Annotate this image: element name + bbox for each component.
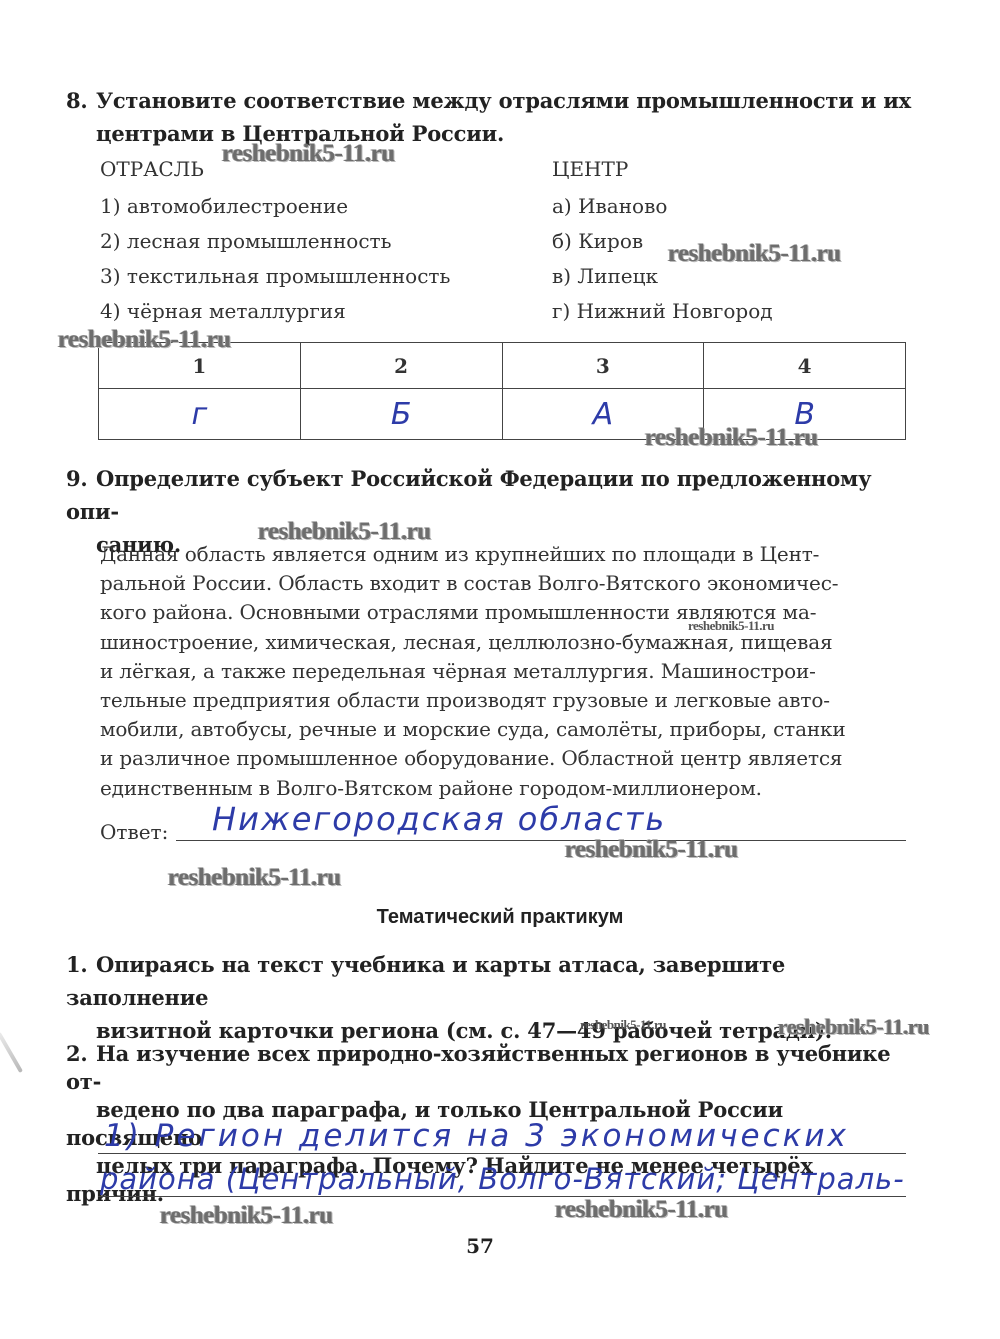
watermark: reshebnik5-11.ru: [580, 1017, 666, 1033]
watermark: reshebnik5-11.ru: [258, 518, 431, 546]
description-line: и лёгкая, а также передельная чёрная мет…: [100, 657, 906, 686]
description-line: шиностроение, химическая, лесная, целлюл…: [100, 628, 906, 657]
industry-item: 3) текстильная промышленность: [100, 259, 450, 294]
answer-cell[interactable]: г: [99, 389, 301, 440]
watermark: reshebnik5-11.ru: [168, 864, 341, 892]
answer-table-header-cell: 3: [502, 343, 704, 389]
description-line: тельные предприятия области производят г…: [100, 686, 906, 715]
description-line: и различное промышленное оборудование. О…: [100, 744, 906, 773]
task9-question-line1: Определите субъект Российской Федерации …: [66, 466, 871, 524]
description-line: единственным в Волго-Вятском районе горо…: [100, 774, 906, 803]
description-line: кого района. Основными отраслями промышл…: [100, 598, 906, 627]
page-number: 57: [0, 1234, 960, 1258]
answer-line: [98, 1196, 906, 1197]
practicum-task2-number: 2.: [66, 1040, 96, 1068]
practicum-task2-line1: На изучение всех природно-хозяйственных …: [66, 1041, 890, 1094]
center-item: а) Иваново: [552, 189, 773, 224]
description-line: мобили, автобусы, речные и морские суда,…: [100, 715, 906, 744]
task9-number: 9.: [66, 462, 96, 495]
scan-mark: [0, 1032, 23, 1073]
industry-item: 4) чёрная металлургия: [100, 294, 450, 329]
answer-table-header-cell: 2: [300, 343, 502, 389]
industry-item: 1) автомобилестроение: [100, 189, 450, 224]
practicum-task2-answer-line1[interactable]: 1) Регион делится на 3 экономических: [104, 1118, 849, 1154]
watermark: reshebnik5-11.ru: [222, 140, 395, 168]
answer-label: Ответ:: [100, 818, 168, 847]
description-line: ральной России. Область входит в состав …: [100, 569, 906, 598]
watermark: reshebnik5-11.ru: [58, 326, 231, 354]
task8-number: 8.: [66, 84, 96, 117]
watermark: reshebnik5-11.ru: [778, 1014, 929, 1040]
answer-cell[interactable]: Б: [300, 389, 502, 440]
answer-line: [98, 1153, 906, 1154]
watermark: reshebnik5-11.ru: [668, 240, 841, 268]
watermark: reshebnik5-11.ru: [565, 836, 738, 864]
answer-line: [176, 840, 906, 841]
center-item: г) Нижний Новгород: [552, 294, 773, 329]
answer-table-header-cell: 4: [704, 343, 906, 389]
industry-item: 2) лесная промышленность: [100, 224, 450, 259]
task9-answer[interactable]: Нижегородская область: [212, 800, 666, 838]
watermark: reshebnik5-11.ru: [555, 1196, 728, 1224]
watermark: reshebnik5-11.ru: [160, 1202, 333, 1230]
task9-description: Данная область является одним из крупней…: [100, 540, 906, 803]
watermark: reshebnik5-11.ru: [645, 424, 818, 452]
description-line: Данная область является одним из крупней…: [100, 540, 906, 569]
industry-list: 1) автомобилестроение 2) лесная промышле…: [100, 189, 450, 329]
practicum-task1-number: 1.: [66, 948, 96, 981]
practicum-task2-answer-line2[interactable]: района (Центральный, Волго-Вятский; Цент…: [100, 1162, 905, 1196]
task8-question: 8.Установите соответствие между отраслям…: [66, 84, 916, 150]
industry-header: ОТРАСЛЬ: [100, 155, 204, 184]
watermark: reshebnik5-11.ru: [688, 618, 774, 634]
practicum-task1-line1: Опираясь на текст учебника и карты атлас…: [66, 952, 785, 1010]
section-title: Тематический практикум: [0, 906, 1000, 929]
task8-question-line1: Установите соответствие между отраслями …: [96, 88, 911, 113]
center-header: ЦЕНТР: [552, 155, 628, 184]
